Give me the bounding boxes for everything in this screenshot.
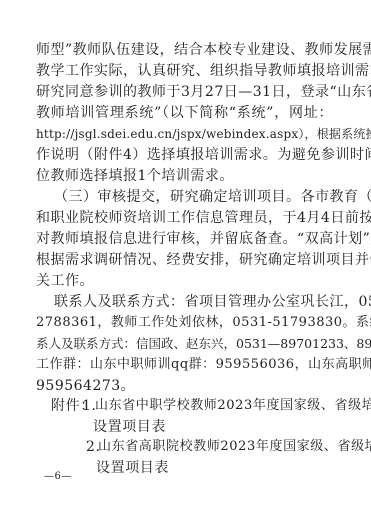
contact-line-1: 联系人及联系方式：省项目管理办公室巩长江，0533— bbox=[54, 294, 333, 310]
document-page: 师型”教师队伍建设，结合本校专业建设、教师发展需求和教育 教学工作实际，认真研究… bbox=[0, 0, 371, 514]
attachment-1-title-cont: 设置项目表 bbox=[93, 419, 166, 435]
body-line-5-url: http://jsgl.sdei.edu.cn/jspx/webindex.as… bbox=[36, 126, 333, 142]
contact-line-5: 959564273。 bbox=[36, 378, 333, 394]
contact-line-2: 2788361，教师工作处刘依林，0531-51793830。系统技术支持联 bbox=[36, 315, 333, 331]
body-line-3: 研究同意参训的教师于3月27日—31日，登录“山东省职业院校 bbox=[36, 84, 333, 100]
body-line-1: 师型”教师队伍建设，结合本校专业建设、教师发展需求和教育 bbox=[36, 42, 333, 58]
body-line-10: 对教师填报信息进行审核，并留底备查。“双高计划”建设单位 bbox=[36, 231, 333, 247]
contact-line-4: 工作群：山东中职师训qq群：959556036，山东高职师训qq群： bbox=[36, 357, 333, 373]
body-line-7: 位教师选择填报1个培训需求。 bbox=[36, 168, 333, 184]
contact-line-3: 系人及联系方式：信国政、赵东兴，0531—89701233、89701715。 bbox=[36, 336, 333, 352]
body-line-2: 教学工作实际，认真研究、组织指导教师填报培训需求。经学校 bbox=[36, 63, 333, 79]
attachment-2-title-cont: 设置项目表 bbox=[96, 460, 169, 476]
body-line-4: 教师培训管理系统”（以下简称“系统”，网址： bbox=[36, 105, 333, 121]
body-line-6: 作说明（附件4）选择填报培训需求。为避免参训时间冲突，每 bbox=[36, 147, 333, 163]
attachment-2-title: 山东省高职院校教师2023年度国家级、省级培训拟 bbox=[98, 439, 371, 455]
body-line-12: 关工作。 bbox=[36, 273, 333, 289]
body-line-9: 和职业院校师资培训工作信息管理员，于4月4日前按照工作权限 bbox=[36, 210, 333, 226]
section-three-heading: （三）审核提交，研究确定培训项目。各市教育（教体）局 bbox=[54, 189, 333, 205]
body-line-11: 根据需求调研情况、经费安排，研究确定培训项目并做好培训有 bbox=[36, 252, 333, 268]
attachment-1-title: 山东省中职学校教师2023年度国家级、省级培训拟 bbox=[95, 398, 371, 414]
page-number: —6— bbox=[44, 470, 72, 484]
